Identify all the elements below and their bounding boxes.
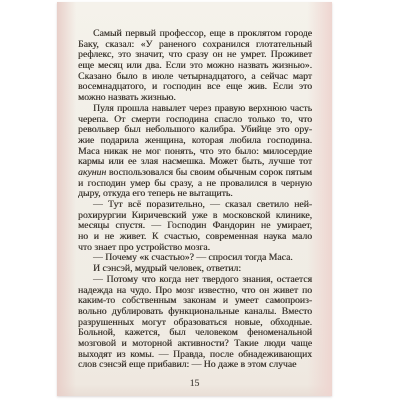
paragraph: Пуля прошла навылет через правую верхнюю… — [78, 104, 312, 200]
paragraph: Самый первый профессор, еще в проклятом … — [78, 29, 312, 104]
screenshot-root: { "page": { "number": "15", "italic_word… — [0, 0, 400, 400]
text-line: — Потому что когда нет твердого знания, … — [78, 275, 312, 286]
text-line: Пуля прошла навылет через правую верхнюю… — [78, 104, 312, 115]
text-line: слов сэнсэй еще прибавил: — Но даже в эт… — [78, 360, 312, 371]
paragraph: — Тут всё поразительно, — сказал светило… — [78, 200, 312, 253]
paragraph: — Потому что когда нет твердого знания, … — [78, 275, 312, 371]
text-line: вольно дублировать функциональные каналы… — [78, 307, 312, 318]
text-line: жие подарила женщина, которая любила гос… — [78, 136, 312, 147]
page-number: 15 — [57, 379, 332, 389]
book-page: Самый первый профессор, еще в проклятом … — [57, 2, 332, 396]
page-text: Самый первый профессор, еще в проклятом … — [78, 29, 312, 371]
